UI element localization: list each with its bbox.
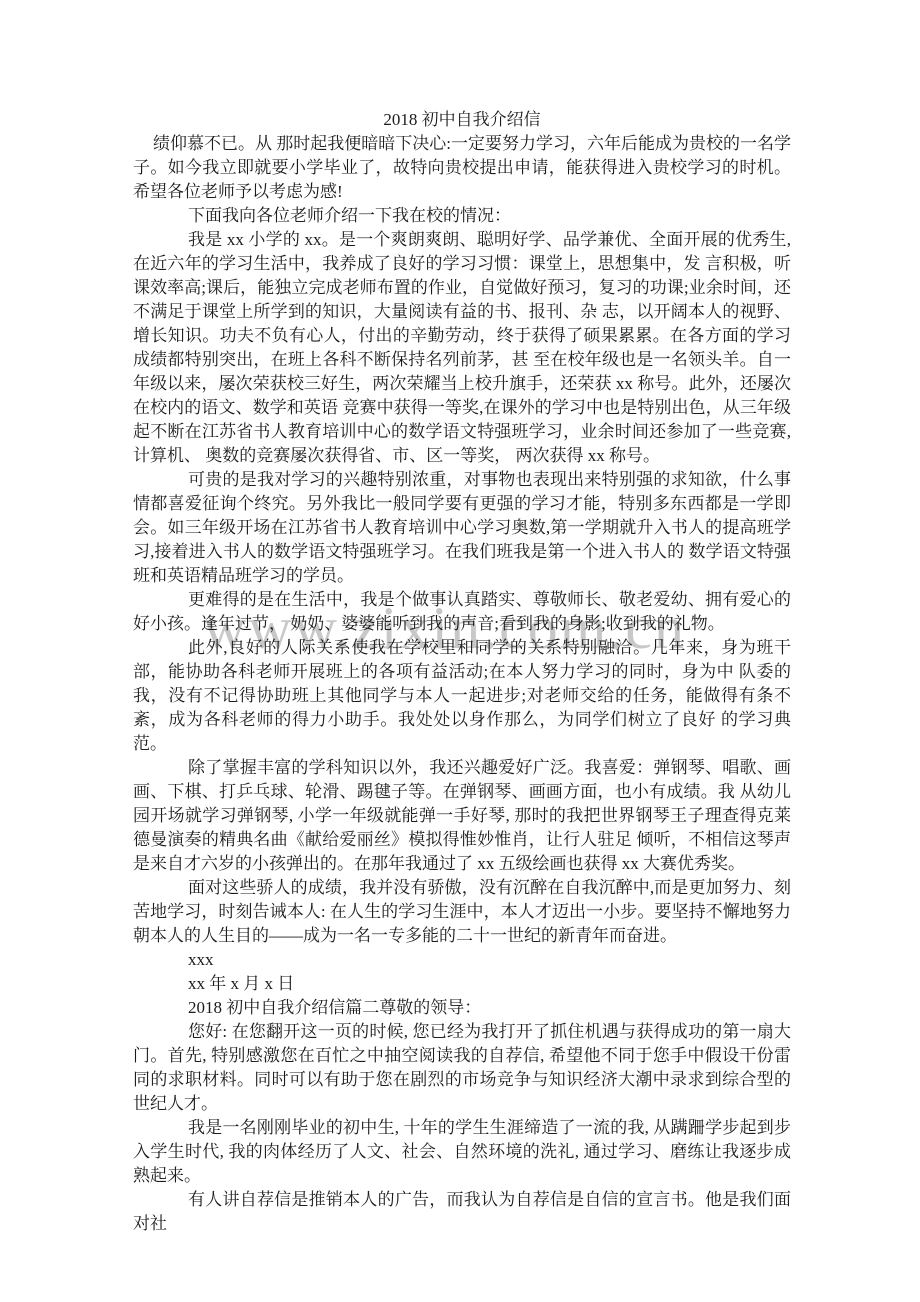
paragraph: 下面我向各位老师介绍一下我在校的情况： — [133, 204, 791, 228]
paragraph: 绩仰慕不已。从 那时起我便暗暗下决心:一定要努力学习，六年后能成为贵校的一名学子… — [133, 132, 791, 204]
paragraph: xxx — [133, 948, 791, 972]
document-page: www.zixin.com.cn 2018 初中自我介绍信 绩仰慕不已。从 那时… — [0, 0, 920, 1302]
paragraph: 我是一名刚刚毕业的初中生, 十年的学生生涯缔造了一流的我, 从蹒跚学步起到步入学… — [133, 1116, 791, 1188]
document-content: 2018 初中自我介绍信 绩仰慕不已。从 那时起我便暗暗下决心:一定要努力学习，… — [133, 108, 791, 1236]
paragraph: xx 年 x 月 x 日 — [133, 972, 791, 996]
paragraph: 您好: 在您翻开这一页的时候, 您已经为我打开了抓住机遇与获得成功的第一扇大门。… — [133, 1020, 791, 1116]
paragraph: 可贵的是我对学习的兴趣特别浓重，对事物也表现出来特别强的求知欲，什么事情都喜爱征… — [133, 468, 791, 588]
paragraph: 2018 初中自我介绍信篇二尊敬的领导： — [133, 996, 791, 1020]
paragraph: 有人讲自荐信是推销本人的广告，而我认为自荐信是自信的宣言书。他是我们面对社 — [133, 1188, 791, 1236]
document-title: 2018 初中自我介绍信 — [133, 108, 791, 132]
paragraph: 面对这些骄人的成绩，我并没有骄傲，没有沉醉在自我沉醉中,而是更加努力、刻苦地学习… — [133, 876, 791, 948]
document-body: 绩仰慕不已。从 那时起我便暗暗下决心:一定要努力学习，六年后能成为贵校的一名学子… — [133, 132, 791, 1236]
paragraph: 除了掌握丰富的学科知识以外，我还兴趣爱好广泛。我喜爱：弹钢琴、唱歌、画画、下棋、… — [133, 756, 791, 876]
paragraph: 更难得的是在生活中，我是个做事认真踏实、尊敬师长、敬老爱幼、拥有爱心的好小孩。逢… — [133, 588, 791, 636]
paragraph: 我是 xx 小学的 xx。是一个爽朗爽朗、聪明好学、品学兼优、全面开展的优秀生,… — [133, 228, 791, 468]
paragraph: 此外,良好的人际关系使我在学校里和同学的关系特别融洽。几年来，身为班干部，能协助… — [133, 636, 791, 756]
